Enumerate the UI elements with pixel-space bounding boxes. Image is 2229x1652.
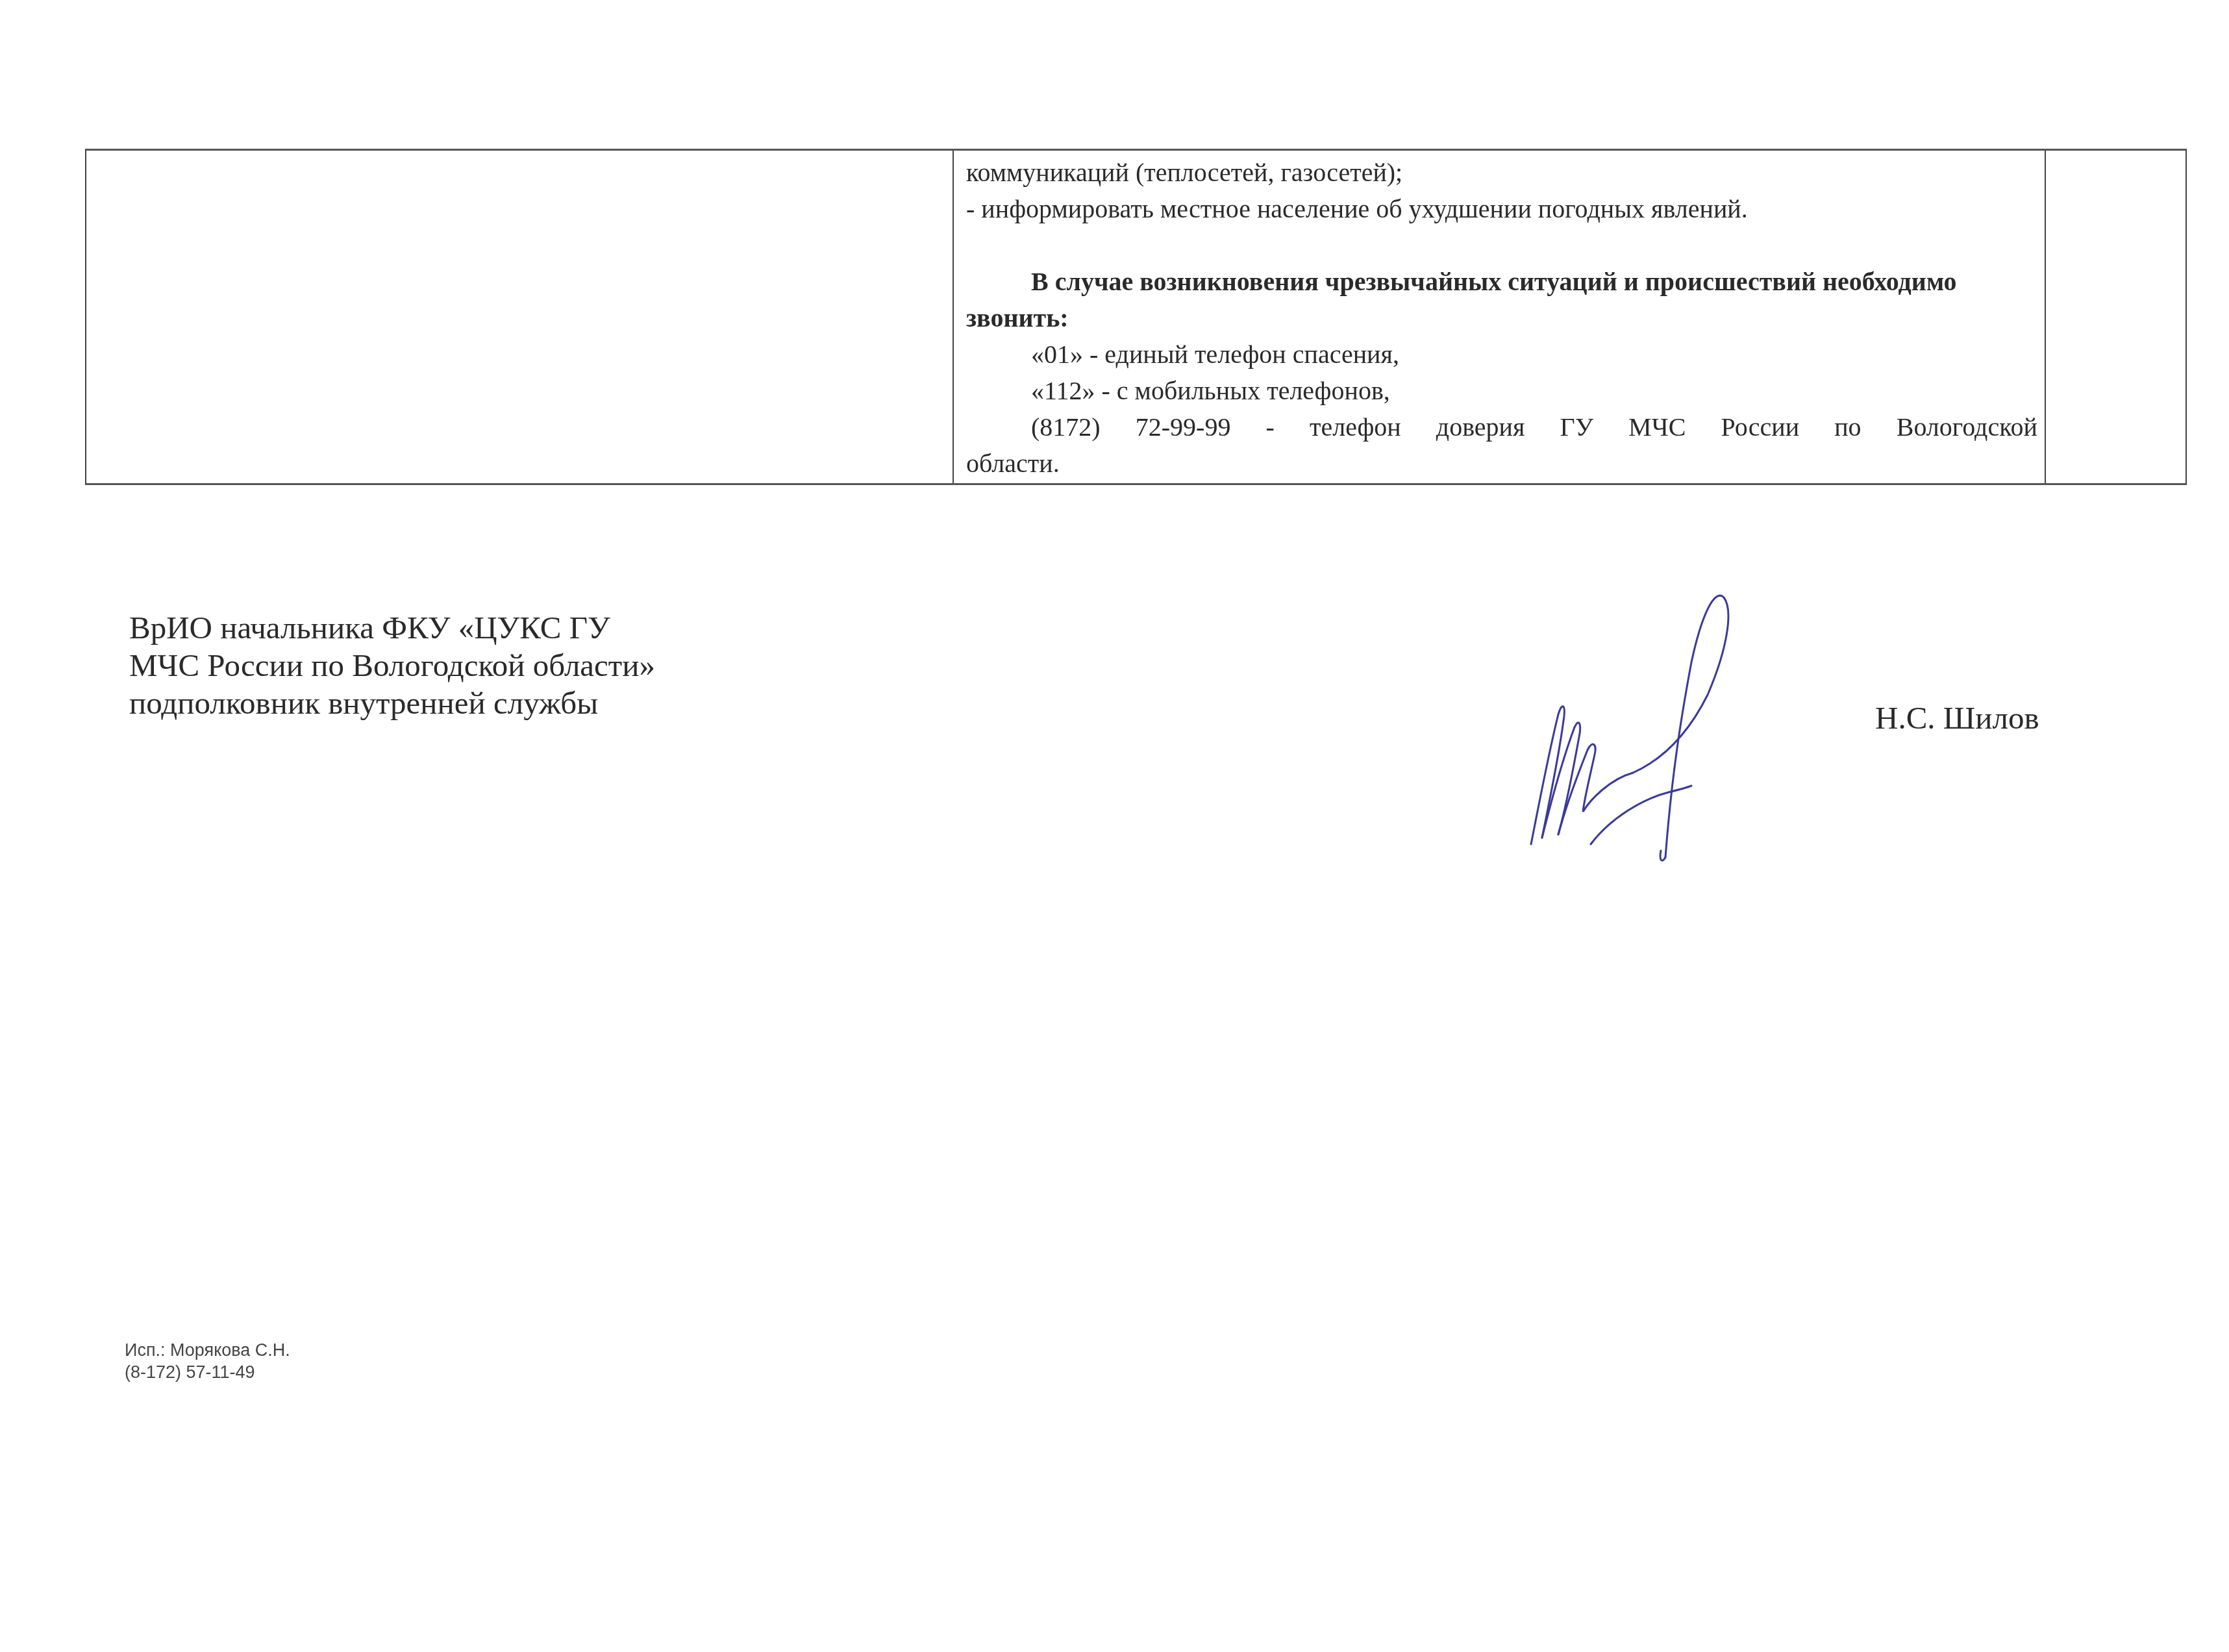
trust-phone-line-end: области.	[966, 445, 2037, 482]
info-table: коммуникаций (теплосетей, газосетей); - …	[85, 149, 2187, 485]
signatory-title-line: МЧС России по Вологодской области»	[129, 647, 655, 684]
executor-phone: (8-172) 57-11-49	[125, 1361, 290, 1383]
signatory-title-line: подполковник внутренней службы	[129, 684, 655, 722]
phone-line: «112» - с мобильных телефонов,	[966, 373, 2037, 409]
phone-line: «01» - единый телефон спасения,	[966, 336, 2037, 373]
cell-line: коммуникаций (теплосетей, газосетей);	[966, 155, 2037, 191]
table-column-divider	[2045, 151, 2046, 483]
handwritten-signature	[1519, 584, 1805, 870]
trust-phone-line: (8172) 72-99-99 - телефон доверия ГУ МЧС…	[966, 409, 2037, 445]
table-cell-content: коммуникаций (теплосетей, газосетей); - …	[966, 151, 2037, 482]
cell-line: - информировать местное население об уху…	[966, 191, 2037, 227]
executor-info: Исп.: Морякова С.Н. (8-172) 57-11-49	[125, 1339, 290, 1383]
signatory-title: ВрИО начальника ФКУ «ЦУКС ГУ МЧС России …	[129, 609, 655, 722]
signatory-title-line: ВрИО начальника ФКУ «ЦУКС ГУ	[129, 609, 655, 647]
table-column-divider	[953, 151, 954, 483]
executor-name: Исп.: Морякова С.Н.	[125, 1339, 290, 1361]
signatory-name: Н.С. Шилов	[1875, 699, 2039, 736]
emergency-heading: В случае возникновения чрезвычайных ситу…	[966, 264, 2037, 336]
